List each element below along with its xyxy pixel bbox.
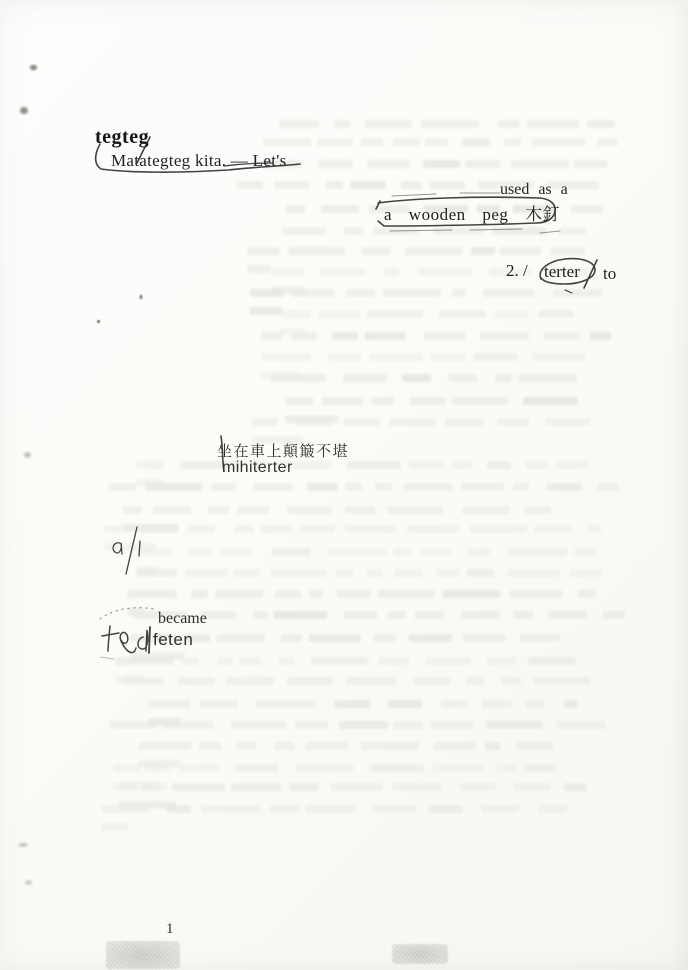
ghost-word-blob bbox=[434, 742, 477, 750]
ghost-word-blob bbox=[279, 328, 306, 336]
ghost-word-blob bbox=[208, 506, 230, 514]
ghost-word-blob bbox=[431, 353, 464, 361]
ghost-word-blob bbox=[461, 483, 504, 491]
ghost-word-blob bbox=[433, 227, 484, 235]
ghost-text-line bbox=[134, 611, 643, 620]
ghost-word-blob bbox=[272, 268, 304, 276]
ghost-word-blob bbox=[347, 461, 401, 469]
ghost-word-blob bbox=[556, 721, 605, 729]
ghost-word-blob bbox=[526, 461, 548, 469]
ghost-word-blob bbox=[532, 353, 585, 361]
ghost-word-blob bbox=[305, 805, 355, 813]
ghost-word-blob bbox=[524, 506, 551, 514]
ghost-word-blob bbox=[274, 611, 327, 619]
ghost-word-blob bbox=[182, 657, 199, 665]
ghost-word-blob bbox=[226, 677, 274, 685]
ghost-word-blob bbox=[179, 764, 219, 772]
ghost-word-blob bbox=[470, 525, 526, 533]
ghost-word-blob bbox=[321, 205, 359, 213]
ghost-word-blob bbox=[510, 590, 563, 598]
ghost-word-blob bbox=[250, 289, 283, 297]
ghost-word-blob bbox=[534, 525, 571, 533]
ghost-word-blob bbox=[507, 569, 561, 577]
ghost-word-blob bbox=[423, 160, 460, 168]
ghost-word-blob bbox=[365, 120, 412, 128]
ghost-word-blob bbox=[528, 657, 576, 665]
ghost-word-blob bbox=[526, 700, 546, 708]
ghost-text-line bbox=[101, 805, 615, 814]
ghost-word-blob bbox=[378, 590, 435, 598]
ghost-word-blob bbox=[428, 805, 462, 813]
ghost-word-blob bbox=[487, 657, 516, 665]
ghost-word-blob bbox=[236, 742, 256, 750]
ghost-word-blob bbox=[332, 332, 359, 340]
ghost-word-blob bbox=[113, 764, 140, 772]
ghost-word-blob bbox=[218, 657, 232, 665]
ghost-word-blob bbox=[603, 611, 624, 619]
ghost-word-blob bbox=[487, 461, 512, 469]
speck bbox=[24, 879, 33, 886]
ghost-word-blob bbox=[328, 548, 386, 556]
ghost-word-blob bbox=[124, 677, 163, 685]
ghost-word-blob bbox=[452, 289, 466, 297]
ghost-word-blob bbox=[370, 353, 422, 361]
ghost-word-blob bbox=[286, 205, 305, 213]
ghost-word-blob bbox=[379, 657, 409, 665]
ghost-word-blob bbox=[272, 286, 304, 294]
ghost-word-blob bbox=[295, 721, 328, 729]
ghost-word-blob bbox=[307, 483, 338, 491]
ghost-word-blob bbox=[237, 506, 269, 514]
ghost-word-blob bbox=[481, 805, 519, 813]
after-circled-word: to bbox=[603, 264, 616, 284]
ghost-word-blob bbox=[389, 418, 436, 426]
ghost-word-blob bbox=[393, 138, 420, 146]
ghost-word-blob bbox=[274, 181, 309, 189]
ghost-word-blob bbox=[372, 397, 394, 405]
ghost-word-blob bbox=[326, 181, 343, 189]
ghost-word-blob bbox=[578, 590, 596, 598]
ghost-text-line bbox=[130, 634, 638, 643]
pen-circle-tick bbox=[565, 290, 572, 293]
ghost-word-blob bbox=[415, 611, 444, 619]
ghost-word-blob bbox=[346, 677, 397, 685]
ghost-word-blob bbox=[119, 801, 176, 809]
ghost-word-blob bbox=[403, 483, 453, 491]
ghost-word-blob bbox=[492, 227, 546, 235]
ghost-word-blob bbox=[344, 611, 376, 619]
ghost-word-blob bbox=[142, 783, 160, 791]
ghost-word-blob bbox=[215, 590, 263, 598]
ghost-word-blob bbox=[334, 700, 371, 708]
ghost-word-blob bbox=[597, 483, 620, 491]
ghost-word-blob bbox=[448, 374, 477, 382]
ghost-word-blob bbox=[545, 418, 589, 426]
ghost-word-blob bbox=[513, 611, 533, 619]
ghost-word-blob bbox=[486, 721, 543, 729]
ghost-word-blob bbox=[190, 548, 213, 556]
ghost-word-blob bbox=[474, 353, 517, 361]
ghost-word-blob bbox=[309, 590, 323, 598]
ghost-word-blob bbox=[482, 700, 512, 708]
ghost-word-blob bbox=[153, 506, 192, 514]
ghost-word-blob bbox=[282, 227, 326, 235]
ghost-word-blob bbox=[495, 374, 512, 382]
ghost-text-line bbox=[127, 590, 631, 599]
ghost-word-blob bbox=[339, 721, 388, 729]
ghost-word-blob bbox=[287, 506, 331, 514]
ghost-word-blob bbox=[288, 247, 346, 255]
ghost-word-blob bbox=[559, 227, 585, 235]
ghost-text-line bbox=[108, 483, 640, 492]
ghost-word-blob bbox=[261, 353, 311, 361]
ghost-word-blob bbox=[162, 721, 213, 729]
ghost-word-blob bbox=[279, 657, 293, 665]
ghost-word-blob bbox=[514, 783, 552, 791]
used-as-a-label: used as a bbox=[500, 181, 568, 199]
ghost-word-blob bbox=[311, 657, 368, 665]
subentry-word: mihiterter bbox=[222, 459, 293, 477]
ghost-word-blob bbox=[462, 506, 511, 514]
ghost-word-blob bbox=[285, 415, 339, 423]
ghost-word-blob bbox=[109, 721, 156, 729]
ghost-text-line bbox=[113, 764, 626, 773]
printed-fragment: feten bbox=[153, 630, 193, 650]
ghost-word-blob bbox=[556, 461, 588, 469]
ghost-word-blob bbox=[148, 700, 191, 708]
ghost-text-line bbox=[261, 353, 630, 362]
speck bbox=[19, 106, 29, 115]
ghost-word-blob bbox=[234, 569, 260, 577]
ghost-word-blob bbox=[199, 742, 221, 750]
ghost-word-blob bbox=[467, 548, 490, 556]
ghost-word-blob bbox=[261, 332, 282, 340]
ghost-word-blob bbox=[362, 247, 391, 255]
ghost-word-blob bbox=[524, 764, 555, 772]
ghost-word-blob bbox=[123, 524, 179, 532]
ghost-word-blob bbox=[281, 634, 302, 642]
ghost-word-blob bbox=[343, 418, 381, 426]
ghost-word-blob bbox=[201, 805, 260, 813]
ghost-word-blob bbox=[231, 783, 282, 791]
ghost-word-blob bbox=[290, 783, 318, 791]
ghost-word-blob bbox=[247, 265, 271, 273]
ghost-word-blob bbox=[115, 657, 174, 665]
ghost-word-blob bbox=[345, 483, 362, 491]
ghost-word-blob bbox=[191, 590, 208, 598]
ghost-word-blob bbox=[136, 479, 165, 487]
ghost-word-blob bbox=[361, 742, 419, 750]
ghost-word-blob bbox=[148, 718, 182, 726]
ghost-word-blob bbox=[279, 120, 319, 128]
ghost-word-blob bbox=[256, 700, 316, 708]
ghost-word-blob bbox=[306, 742, 348, 750]
ghost-word-blob bbox=[322, 397, 363, 405]
ghost-word-blob bbox=[231, 721, 286, 729]
became-label: became bbox=[158, 610, 207, 628]
ghost-word-blob bbox=[291, 332, 318, 340]
ghost-word-blob bbox=[138, 760, 180, 768]
ghost-word-blob bbox=[393, 548, 411, 556]
ghost-word-blob bbox=[511, 160, 569, 168]
ghost-word-blob bbox=[387, 506, 443, 514]
sense-number: 2. / bbox=[506, 261, 528, 281]
ghost-word-blob bbox=[270, 569, 327, 577]
ghost-word-blob bbox=[104, 525, 126, 533]
ghost-word-blob bbox=[328, 353, 361, 361]
speck bbox=[17, 842, 29, 848]
speck bbox=[97, 320, 100, 323]
ghost-word-blob bbox=[462, 138, 490, 146]
ghost-word-blob bbox=[497, 418, 528, 426]
ghost-word-blob bbox=[459, 783, 496, 791]
scanned-dictionary-page: tegteg Matategteg kita. — Let's used as … bbox=[0, 0, 688, 970]
ghost-word-blob bbox=[571, 205, 603, 213]
ghost-word-blob bbox=[130, 634, 147, 642]
ghost-text-line bbox=[119, 783, 628, 792]
ghost-word-blob bbox=[523, 397, 578, 405]
ghost-word-blob bbox=[345, 525, 397, 533]
ghost-word-blob bbox=[395, 569, 422, 577]
ghost-word-blob bbox=[587, 120, 615, 128]
ghost-word-blob bbox=[393, 721, 423, 729]
ghost-word-blob bbox=[547, 483, 580, 491]
ghost-word-blob bbox=[515, 742, 554, 750]
ghost-word-blob bbox=[186, 569, 228, 577]
ghost-word-blob bbox=[367, 160, 410, 168]
ghost-word-blob bbox=[236, 181, 263, 189]
ghost-word-blob bbox=[113, 782, 167, 790]
ghost-word-blob bbox=[441, 700, 467, 708]
ghost-word-blob bbox=[344, 227, 364, 235]
ghost-word-blob bbox=[466, 677, 485, 685]
ink-smudge-bottom-center bbox=[392, 944, 448, 964]
ghost-word-blob bbox=[538, 805, 567, 813]
ghost-text-line bbox=[104, 525, 641, 534]
ghost-word-blob bbox=[421, 548, 452, 556]
ghost-word-blob bbox=[424, 332, 466, 340]
ghost-word-blob bbox=[495, 310, 529, 318]
ghost-word-blob bbox=[383, 268, 400, 276]
ghost-word-blob bbox=[108, 483, 135, 491]
ghost-word-blob bbox=[101, 805, 149, 813]
ghost-word-blob bbox=[373, 227, 419, 235]
ghost-word-blob bbox=[252, 418, 278, 426]
ghost-word-blob bbox=[371, 764, 424, 772]
ghost-word-blob bbox=[480, 332, 529, 340]
ghost-word-blob bbox=[115, 675, 144, 683]
ghost-word-blob bbox=[405, 247, 462, 255]
ghost-word-blob bbox=[461, 611, 500, 619]
ghost-word-blob bbox=[172, 783, 226, 791]
ghost-word-blob bbox=[443, 590, 499, 598]
ghost-word-blob bbox=[299, 525, 336, 533]
ghost-word-blob bbox=[104, 543, 156, 551]
ghost-word-blob bbox=[382, 289, 442, 297]
ghost-word-blob bbox=[234, 525, 255, 533]
ghost-word-blob bbox=[166, 805, 192, 813]
ghost-word-blob bbox=[527, 120, 579, 128]
ghost-word-blob bbox=[136, 569, 176, 577]
ghost-word-blob bbox=[463, 634, 507, 642]
ghost-text-line bbox=[282, 227, 610, 236]
ghost-word-blob bbox=[392, 783, 440, 791]
ghost-word-blob bbox=[270, 374, 326, 382]
ghost-word-blob bbox=[574, 548, 595, 556]
ghost-word-blob bbox=[287, 677, 334, 685]
ghost-word-blob bbox=[317, 138, 353, 146]
ghost-word-blob bbox=[574, 160, 606, 168]
speck bbox=[29, 64, 38, 71]
ghost-word-blob bbox=[272, 548, 311, 556]
handwritten-scribble-tyd bbox=[102, 626, 148, 653]
ghost-word-blob bbox=[320, 268, 366, 276]
ghost-word-blob bbox=[346, 289, 375, 297]
ghost-text-line bbox=[138, 742, 610, 751]
ghost-word-blob bbox=[127, 608, 144, 616]
ghost-word-blob bbox=[119, 783, 136, 791]
ghost-word-blob bbox=[253, 611, 268, 619]
ghost-word-blob bbox=[548, 611, 587, 619]
ghost-word-blob bbox=[123, 506, 142, 514]
ghost-word-blob bbox=[388, 611, 406, 619]
ghost-text-line bbox=[136, 569, 627, 578]
ghost-word-blob bbox=[436, 569, 461, 577]
pen-bar-before-feten bbox=[149, 627, 150, 653]
ghost-word-blob bbox=[421, 120, 479, 128]
ghost-word-blob bbox=[145, 764, 170, 772]
ghost-word-blob bbox=[337, 590, 370, 598]
ghost-text-line bbox=[109, 721, 618, 730]
ghost-word-blob bbox=[350, 181, 386, 189]
ghost-word-blob bbox=[418, 268, 473, 276]
ghost-word-blob bbox=[375, 483, 392, 491]
ghost-word-blob bbox=[520, 634, 561, 642]
ghost-word-blob bbox=[518, 374, 577, 382]
ghost-word-blob bbox=[504, 138, 521, 146]
ghost-word-blob bbox=[402, 374, 431, 382]
ghost-word-blob bbox=[533, 677, 590, 685]
ghost-word-blob bbox=[485, 742, 500, 750]
ghost-word-blob bbox=[409, 461, 446, 469]
ghost-word-blob bbox=[247, 247, 280, 255]
ghost-word-blob bbox=[274, 742, 294, 750]
ghost-word-blob bbox=[345, 506, 376, 514]
ghost-word-blob bbox=[374, 634, 396, 642]
ghost-text-line bbox=[252, 418, 635, 427]
ghost-word-blob bbox=[361, 138, 384, 146]
ghost-word-blob bbox=[331, 783, 383, 791]
ghost-word-blob bbox=[367, 310, 423, 318]
ghost-word-blob bbox=[445, 418, 484, 426]
ghost-word-blob bbox=[452, 397, 508, 405]
ghost-word-blob bbox=[146, 483, 203, 491]
ghost-word-blob bbox=[410, 397, 446, 405]
ghost-word-blob bbox=[513, 483, 529, 491]
ghost-word-blob bbox=[465, 160, 500, 168]
ghost-text-line bbox=[262, 160, 630, 169]
ghost-word-blob bbox=[388, 700, 423, 708]
ghost-word-blob bbox=[296, 764, 354, 772]
headword: tegteg bbox=[95, 126, 149, 149]
ghost-word-blob bbox=[142, 525, 177, 533]
ghost-word-blob bbox=[216, 634, 265, 642]
ghost-text-line bbox=[279, 310, 620, 319]
ghost-word-blob bbox=[260, 525, 293, 533]
ghost-word-blob bbox=[137, 566, 158, 574]
ghost-word-blob bbox=[426, 657, 471, 665]
ghost-word-blob bbox=[263, 138, 311, 146]
ghost-word-blob bbox=[127, 590, 178, 598]
ghost-word-blob bbox=[590, 332, 611, 340]
pen-faint-dash-below-scribble bbox=[100, 657, 114, 659]
ghost-word-blob bbox=[318, 160, 353, 168]
ghost-word-blob bbox=[275, 590, 300, 598]
example-sentence: Matategteg kita. — Let's bbox=[111, 151, 287, 171]
ghost-text-line bbox=[137, 548, 639, 557]
ghost-word-blob bbox=[401, 181, 422, 189]
ghost-word-blob bbox=[137, 548, 172, 556]
ghost-word-blob bbox=[425, 138, 448, 146]
ghost-word-blob bbox=[553, 289, 603, 297]
ghost-word-blob bbox=[471, 247, 495, 255]
ghost-word-blob bbox=[451, 461, 471, 469]
ghost-word-blob bbox=[138, 742, 191, 750]
circled-word: terter bbox=[544, 262, 580, 282]
ghost-text-line bbox=[247, 247, 628, 256]
ghost-word-blob bbox=[309, 634, 361, 642]
ghost-text-line bbox=[148, 700, 634, 709]
ghost-word-blob bbox=[101, 823, 127, 831]
ghost-text-line bbox=[279, 120, 644, 129]
ghost-text-line bbox=[285, 397, 618, 406]
speck bbox=[139, 294, 143, 300]
ghost-word-blob bbox=[285, 397, 313, 405]
ghost-word-blob bbox=[187, 525, 215, 533]
ghost-word-blob bbox=[220, 548, 254, 556]
ghost-word-blob bbox=[414, 677, 450, 685]
ghost-word-blob bbox=[544, 332, 580, 340]
boxed-phrase: a wooden peg 木釘 bbox=[384, 200, 560, 225]
ghost-word-blob bbox=[439, 310, 486, 318]
ghost-word-blob bbox=[336, 569, 353, 577]
ghost-word-blob bbox=[502, 677, 521, 685]
ghost-word-blob bbox=[467, 569, 494, 577]
ghost-word-blob bbox=[367, 569, 383, 577]
ghost-word-blob bbox=[270, 805, 300, 813]
ghost-word-blob bbox=[279, 310, 310, 318]
ink-smudge-bottom-left bbox=[106, 941, 180, 969]
ghost-text-line bbox=[124, 677, 611, 686]
ghost-word-blob bbox=[178, 677, 215, 685]
ghost-word-blob bbox=[570, 569, 602, 577]
ghost-word-blob bbox=[538, 310, 574, 318]
speck bbox=[23, 451, 32, 459]
ghost-word-blob bbox=[296, 418, 333, 426]
ghost-word-blob bbox=[431, 721, 472, 729]
ghost-word-blob bbox=[136, 461, 164, 469]
chinese-gloss: 坐在車上顛簸不堪 bbox=[217, 440, 349, 461]
ghost-word-blob bbox=[292, 289, 334, 297]
ghost-text-line bbox=[136, 461, 630, 470]
ghost-text-line bbox=[250, 289, 642, 298]
ghost-word-blob bbox=[318, 310, 360, 318]
ghost-word-blob bbox=[433, 764, 483, 772]
ghost-word-blob bbox=[409, 634, 453, 642]
ghost-text-line bbox=[236, 181, 626, 190]
pen-dotted-arc-above-became bbox=[100, 608, 154, 619]
ghost-word-blob bbox=[261, 371, 299, 379]
